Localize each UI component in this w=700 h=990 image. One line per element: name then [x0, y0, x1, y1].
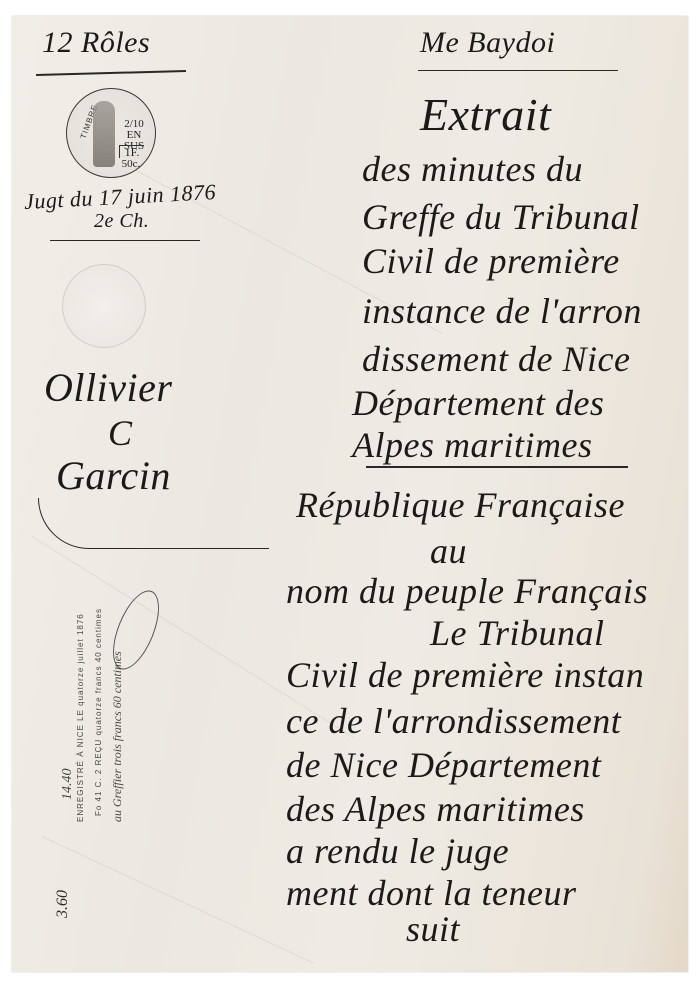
chamber: 2e Ch.	[94, 210, 149, 233]
body-line: Alpes maritimes	[352, 424, 592, 466]
body-line: Civil de première	[362, 240, 620, 282]
formula-line: nom du peuple Français	[286, 570, 648, 612]
body-line: dissement de Nice	[362, 338, 630, 380]
margin-fee: 3.60	[54, 890, 72, 918]
formula-line: de Nice Département	[286, 744, 601, 786]
body-line: Greffe du Tribunal	[362, 196, 640, 238]
registration-line-1: ENREGISTRÉ À NICE LE quatorze juillet 18…	[76, 613, 85, 822]
divider	[50, 240, 200, 241]
divider	[418, 70, 618, 71]
formula-line: a rendu le juge	[286, 830, 509, 872]
roles-count: 12 Rôles	[42, 26, 150, 60]
party-conjunction: C	[108, 412, 133, 454]
stamp-francs: 1F.	[119, 145, 144, 158]
formula-line: des Alpes maritimes	[286, 788, 585, 830]
justice-figure-icon	[93, 101, 115, 167]
embossed-seal	[62, 264, 146, 348]
formula-line: Civil de première instan	[286, 654, 644, 696]
registration-line-3: au Greffier trois francs 60 centimes	[110, 651, 125, 822]
formula-line: République Française	[296, 484, 625, 526]
party-name-2: Garcin	[56, 452, 171, 499]
formula-line: au	[430, 530, 467, 572]
stamp-centimes: 50c.	[119, 159, 143, 170]
body-line: instance de l'arron	[362, 290, 642, 332]
party-name-1: Ollivier	[44, 364, 172, 411]
notary-name: Me Baydoi	[420, 26, 555, 60]
registration-amount: 14.40	[60, 769, 76, 801]
formula-line: suit	[406, 908, 460, 950]
body-line: des minutes du	[362, 148, 583, 190]
paper-crease	[42, 836, 314, 964]
formula-line: ce de l'arrondissement	[286, 700, 621, 742]
flourish	[38, 498, 269, 549]
formula-line: Le Tribunal	[430, 612, 605, 654]
body-line: Département des	[352, 382, 604, 424]
registration-line-2: Fo 41 C. 2 REÇU quatorze francs 40 centi…	[94, 608, 103, 816]
divider	[366, 466, 628, 468]
heading-extrait: Extrait	[420, 88, 551, 141]
tax-stamp: TIMBRE 2/10 EN SUS 1F. 50c.	[66, 88, 156, 178]
